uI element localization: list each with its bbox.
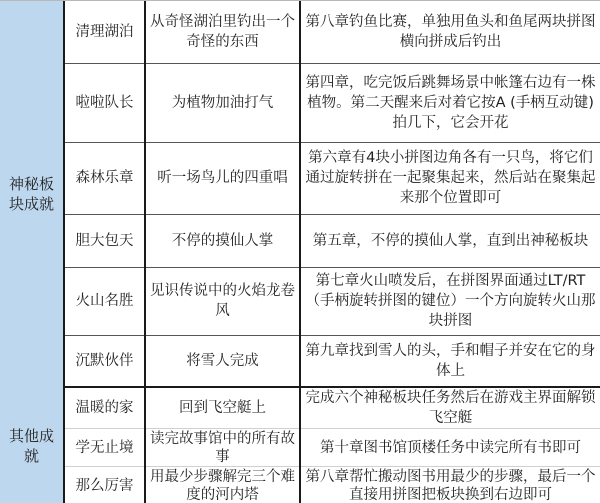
achievement-method: 第七章火山喷发后，在拼图界面通过LT/RT（手柄旋转拼图的键位）一个方向旋转火山… — [300, 267, 600, 335]
table-row: 火山名胜 见识传说中的火焰龙卷风 第七章火山喷发后，在拼图界面通过LT/RT（手… — [0, 267, 600, 335]
achievement-method: 第八章帮忙搬动图书用最少的步骤，最后一个直接用拼图把板块换到右边即可 — [300, 467, 600, 503]
achievement-method: 第九章找到雪人的头，手和帽子并安在它的身体上 — [300, 335, 600, 387]
achievement-name: 胆大包天 — [64, 214, 145, 267]
achievement-description: 为植物加油打气 — [145, 63, 300, 142]
table-row: 学无止境 读完故事馆中的所有故事 第十章图书馆顶楼任务中读完所有书即可 — [0, 429, 600, 467]
achievement-description: 用最少步骤解完三个难度的河内塔 — [145, 467, 300, 503]
table-row: 其他成就 温暖的家 回到飞空艇上 完成六个神秘板块任务然后在游戏主界面解锁飞空艇 — [0, 387, 600, 429]
achievement-method: 第六章有4块小拼图边角各有一只鸟，将它们通过旋转拼在一起聚集起来，然后站在聚集起… — [300, 142, 600, 214]
achievement-name: 火山名胜 — [64, 267, 145, 335]
table-row: 啦啦队长 为植物加油打气 第四章，吃完饭后跳舞场景中帐篷右边有一株植物。第二天醒… — [0, 63, 600, 142]
achievement-name: 那么厉害 — [64, 467, 145, 503]
achievement-method: 完成六个神秘板块任务然后在游戏主界面解锁飞空艇 — [300, 387, 600, 429]
achievement-description: 将雪人完成 — [145, 335, 300, 387]
achievement-name: 沉默伙伴 — [64, 335, 145, 387]
achievement-description: 见识传说中的火焰龙卷风 — [145, 267, 300, 335]
achievement-method: 第八章钓鱼比赛，单独用鱼头和鱼尾两块拼图横向拼成后钓出 — [300, 1, 600, 63]
achievement-method: 第四章，吃完饭后跳舞场景中帐篷右边有一株植物。第二天醒来后对着它按A (手柄互动… — [300, 63, 600, 142]
achievement-description: 不停的摸仙人掌 — [145, 214, 300, 267]
table-row: 沉默伙伴 将雪人完成 第九章找到雪人的头，手和帽子并安在它的身体上 — [0, 335, 600, 387]
achievement-table: 神秘板块成就 清理湖泊 从奇怪湖泊里钓出一个奇怪的东西 第八章钓鱼比赛，单独用鱼… — [0, 1, 600, 503]
table-row: 神秘板块成就 清理湖泊 从奇怪湖泊里钓出一个奇怪的东西 第八章钓鱼比赛，单独用鱼… — [0, 1, 600, 63]
achievement-description: 听一场鸟儿的四重唱 — [145, 142, 300, 214]
group-label-mystery-tiles: 神秘板块成就 — [0, 1, 64, 387]
group-label-other: 其他成就 — [0, 387, 64, 503]
achievement-name: 清理湖泊 — [64, 1, 145, 63]
achievement-description: 从奇怪湖泊里钓出一个奇怪的东西 — [145, 1, 300, 63]
achievement-name: 温暖的家 — [64, 387, 145, 429]
achievement-name: 啦啦队长 — [64, 63, 145, 142]
achievement-description: 回到飞空艇上 — [145, 387, 300, 429]
table-row: 森林乐章 听一场鸟儿的四重唱 第六章有4块小拼图边角各有一只鸟，将它们通过旋转拼… — [0, 142, 600, 214]
table-row: 胆大包天 不停的摸仙人掌 第五章，不停的摸仙人掌，直到出神秘板块 — [0, 214, 600, 267]
achievement-name: 学无止境 — [64, 429, 145, 467]
achievement-description: 读完故事馆中的所有故事 — [145, 429, 300, 467]
achievement-name: 森林乐章 — [64, 142, 145, 214]
achievement-table-container: 神秘板块成就 清理湖泊 从奇怪湖泊里钓出一个奇怪的东西 第八章钓鱼比赛，单独用鱼… — [0, 0, 600, 503]
achievement-method: 第十章图书馆顶楼任务中读完所有书即可 — [300, 429, 600, 467]
achievement-method: 第五章，不停的摸仙人掌，直到出神秘板块 — [300, 214, 600, 267]
table-row: 那么厉害 用最少步骤解完三个难度的河内塔 第八章帮忙搬动图书用最少的步骤，最后一… — [0, 467, 600, 503]
